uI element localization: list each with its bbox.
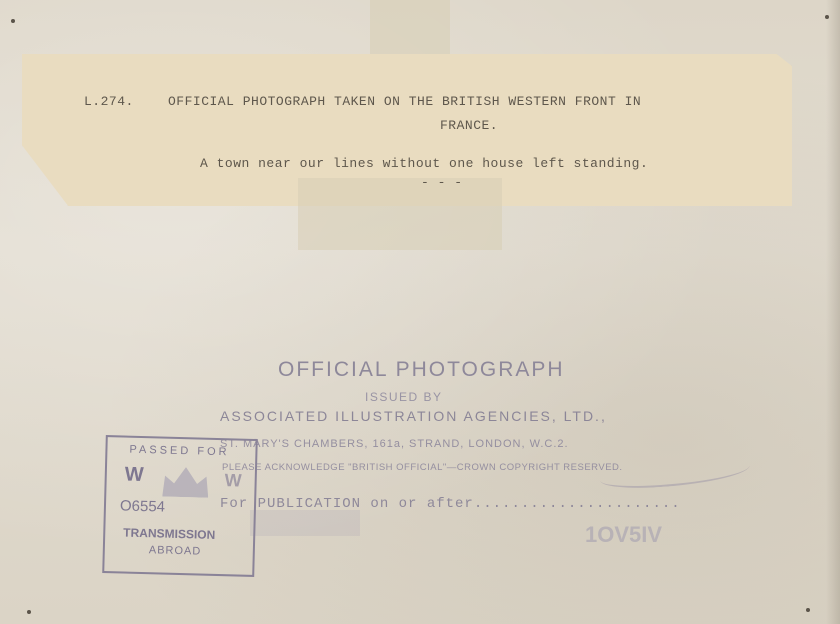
censor-letter-right: W xyxy=(224,470,242,491)
stamp-agency: ASSOCIATED ILLUSTRATION AGENCIES, LTD., xyxy=(220,408,607,424)
censor-letter-left: W xyxy=(124,464,143,487)
stamp-issued-by: ISSUED BY xyxy=(365,390,443,404)
reference-number: L.274. xyxy=(84,94,134,109)
pin-hole xyxy=(825,15,829,19)
stamp-credit-note: PLEASE ACKNOWLEDGE "BRITISH OFFICIAL"—CR… xyxy=(222,462,623,473)
caption-heading-line2: FRANCE. xyxy=(440,118,498,133)
caption-description: A town near our lines without one house … xyxy=(200,156,648,171)
photograph-reverse: L.274. OFFICIAL PHOTOGRAPH TAKEN ON THE … xyxy=(0,0,840,624)
censor-number: O6554 xyxy=(120,497,165,515)
pencil-signature xyxy=(599,455,750,491)
crown-icon xyxy=(162,467,209,498)
stamp-title: OFFICIAL PHOTOGRAPH xyxy=(278,358,565,382)
caption-heading-line1: OFFICIAL PHOTOGRAPH TAKEN ON THE BRITISH… xyxy=(168,94,641,109)
censor-line1: TRANSMISSION xyxy=(123,526,215,542)
censor-line2: ABROAD xyxy=(149,544,202,557)
stamp-address: ST. MARY'S CHAMBERS, 161a, STRAND, LONDO… xyxy=(220,438,569,450)
pin-hole xyxy=(11,19,15,23)
censor-header: PASSED FOR xyxy=(129,444,229,459)
paper-edge-shadow xyxy=(826,0,840,624)
faint-date-stamp: 1OV5IV xyxy=(585,522,662,548)
faint-ink-smudge xyxy=(250,510,360,536)
caption-separator: - - - xyxy=(421,175,463,190)
pin-hole xyxy=(27,610,31,614)
tape-strip-top xyxy=(370,0,450,60)
pin-hole xyxy=(806,608,810,612)
censor-stamp: PASSED FOR W W O6554 TRANSMISSION ABROAD xyxy=(102,435,258,577)
tape-strip-bottom xyxy=(298,178,502,250)
